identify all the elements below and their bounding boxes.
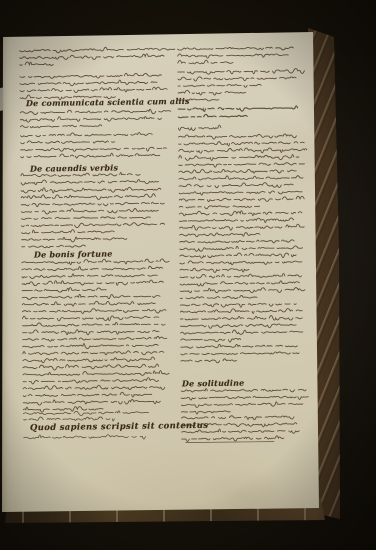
chapter-heading-bonis-fortune: De bonis fortune (34, 248, 113, 259)
chapter-heading-cauendis-verbis: De cauendis verbis (30, 162, 118, 173)
chapter-heading-solitudine: De solitudine (182, 378, 245, 389)
manuscript-photo: De communicata scientia cum aliis De cau… (0, 0, 376, 550)
